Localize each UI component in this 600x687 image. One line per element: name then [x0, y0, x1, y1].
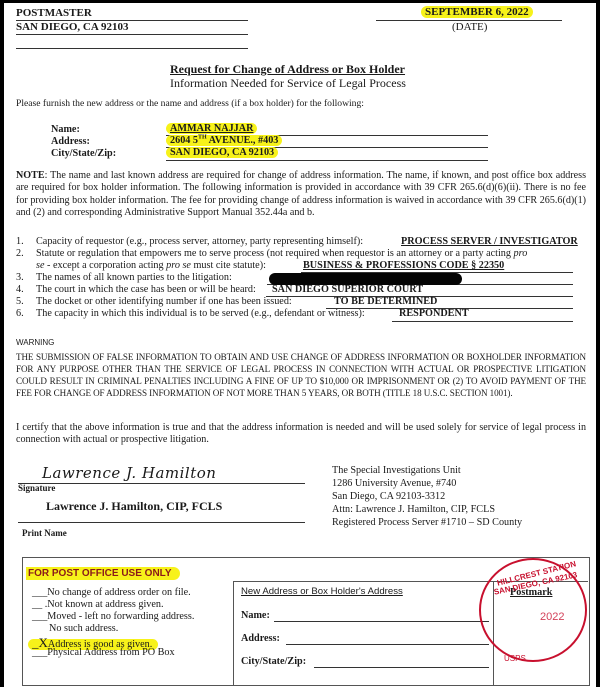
item-4-value[interactable]: SAN DIEGO SUPERIOR COURT: [272, 284, 423, 295]
option-not-known[interactable]: __ .Not known at address given.: [32, 599, 164, 610]
signature-script: Lawrence J. Hamilton: [42, 464, 216, 482]
item-6: 6.The capacity in which this individual …: [16, 308, 365, 319]
item-2: 2.Statute or regulation that empowers me…: [16, 248, 527, 259]
option-moved-no-forwarding[interactable]: ___Moved - left no forwarding address.: [32, 611, 194, 622]
address-label: Address:: [51, 136, 90, 147]
printed-name: Lawrence J. Hamilton, CIP, FCLS: [46, 499, 222, 514]
subject-address-value: 2604 5TH AVENUE., #403: [166, 135, 282, 146]
city-state-zip-label: City/State/Zip:: [51, 148, 116, 159]
option-no-change-order[interactable]: ___No change of address order on file.: [32, 587, 191, 598]
date-label: (DATE): [452, 21, 487, 33]
option-physical-from-po-box[interactable]: ___Physical Address from PO Box: [32, 647, 175, 658]
item-1-value[interactable]: PROCESS SERVER / INVESTIGATOR: [401, 236, 578, 247]
requester-line-5: Registered Process Server #1710 – SD Cou…: [332, 517, 522, 528]
subject-city-value: SAN DIEGO, CA 92103: [166, 147, 278, 158]
subject-address-field[interactable]: 2604 5TH AVENUE., #403: [166, 135, 282, 146]
po-address-label: Address:: [241, 633, 280, 644]
po-name-label: Name:: [241, 610, 270, 621]
date-value: SEPTEMBER 6, 2022: [421, 6, 533, 18]
item-1: 1.Capacity of requestor (e.g., process s…: [16, 236, 363, 247]
subject-name-value: AMMAR NAJJAR: [166, 123, 257, 134]
name-label: Name:: [51, 124, 80, 135]
item-5-value[interactable]: TO BE DETERMINED: [334, 296, 437, 307]
certification-text: I certify that the above information is …: [16, 422, 586, 447]
stamp-agency: USPS: [504, 654, 526, 663]
warning-heading: WARNING: [16, 338, 54, 347]
item-6-value[interactable]: RESPONDENT: [399, 308, 469, 319]
document-subtitle: Information Needed for Service of Legal …: [170, 76, 406, 91]
stamp-date: 2022: [540, 611, 564, 623]
requester-line-4: Attn: Lawrence J. Hamilton, CIP, FCLS: [332, 504, 495, 515]
note-paragraph: NOTE: The name and last known address ar…: [16, 170, 586, 219]
document-title: Request for Change of Address or Box Hol…: [170, 62, 405, 77]
item-2-cont: se - except a corporation acting pro se …: [36, 260, 266, 271]
requester-line-1: The Special Investigations Unit: [332, 465, 461, 476]
item-3: 3.The names of all known parties to the …: [16, 272, 232, 283]
warning-text: THE SUBMISSION OF FALSE INFORMATION TO O…: [16, 351, 586, 399]
item-5: 5.The docket or other identifying number…: [16, 296, 292, 307]
signature-label: Signature: [18, 483, 55, 493]
print-name-label: Print Name: [22, 528, 67, 538]
addressee-line-2: SAN DIEGO, CA 92103: [16, 21, 128, 33]
document-page: POSTMASTER SAN DIEGO, CA 92103 SEPTEMBER…: [4, 3, 596, 687]
item-2-value[interactable]: BUSINESS & PROFESSIONS CODE § 22350: [303, 260, 504, 271]
subject-name-field[interactable]: AMMAR NAJJAR: [166, 123, 257, 134]
po-city-label: City/State/Zip:: [241, 656, 306, 667]
subject-city-field[interactable]: SAN DIEGO, CA 92103: [166, 147, 278, 158]
item-4: 4.The court in which the case has been o…: [16, 284, 256, 295]
requester-line-2: 1286 University Avenue, #740: [332, 478, 456, 489]
option-no-such-address[interactable]: No such address.: [49, 623, 118, 634]
intro-text: Please furnish the new address or the na…: [16, 98, 364, 109]
new-address-heading: New Address or Box Holder's Address: [241, 586, 403, 597]
date-field[interactable]: SEPTEMBER 6, 2022: [421, 6, 533, 18]
addressee-line-1: POSTMASTER: [16, 7, 92, 19]
post-office-heading: FOR POST OFFICE USE ONLY: [26, 568, 180, 579]
requester-line-3: San Diego, CA 92103-3312: [332, 491, 445, 502]
